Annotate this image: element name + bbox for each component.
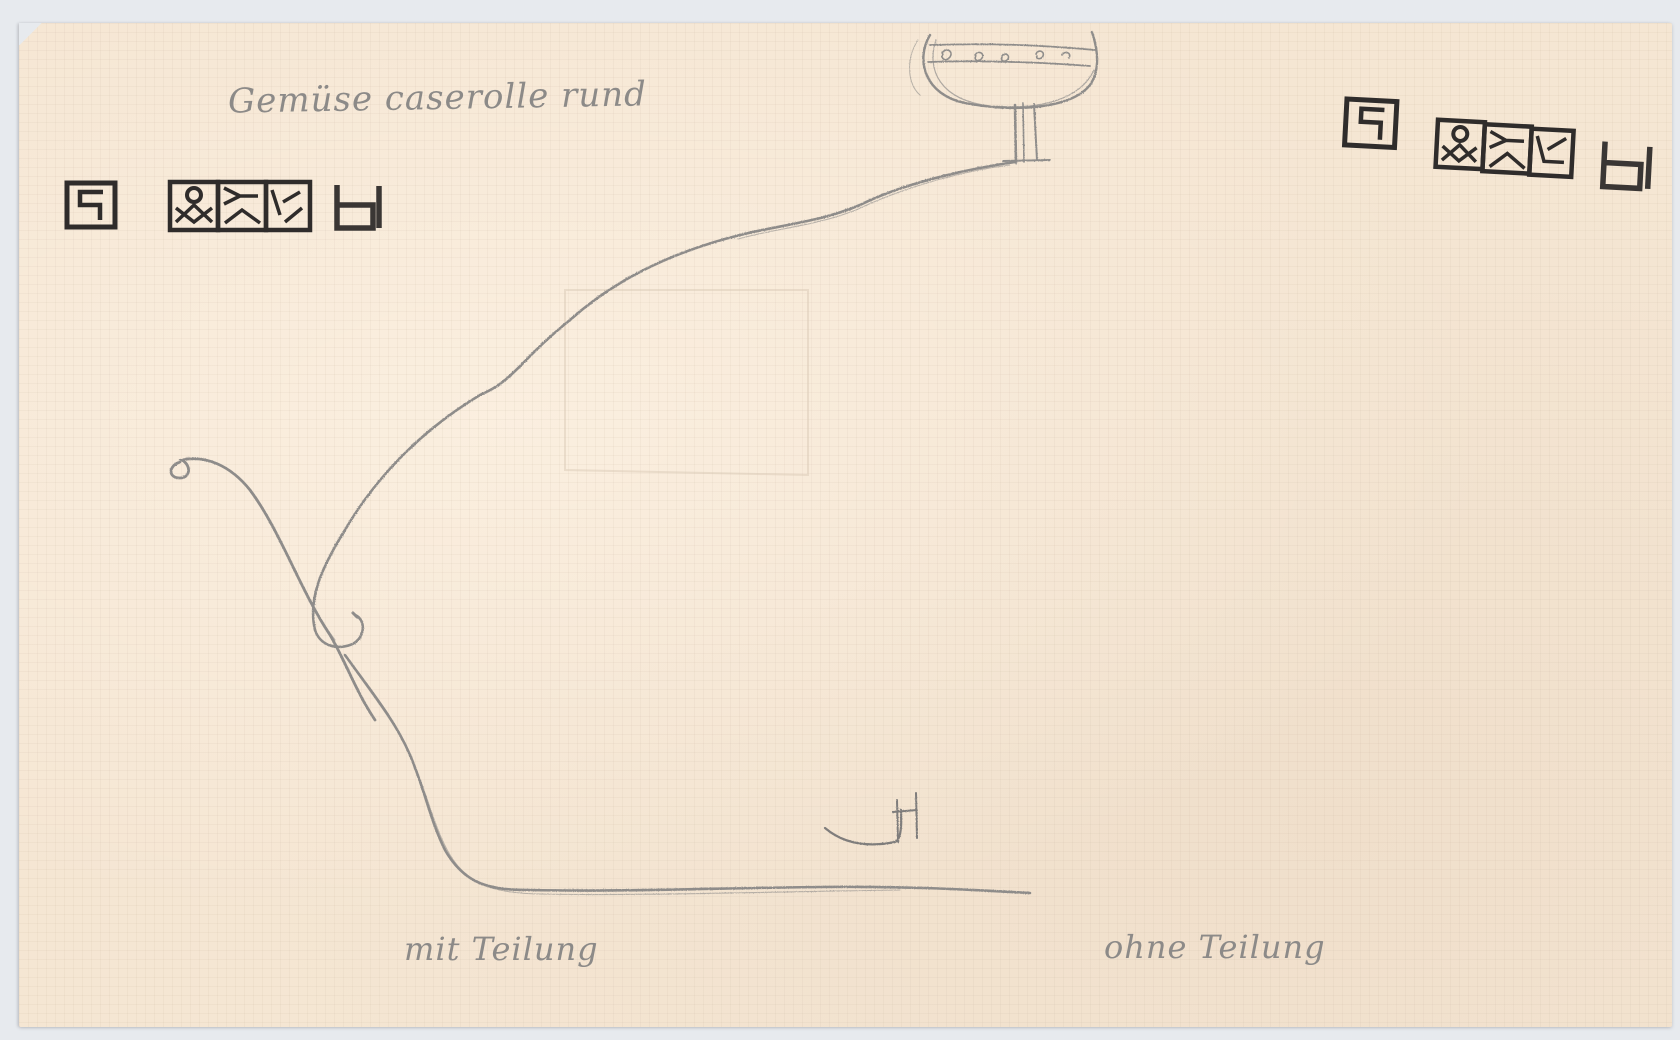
goblet-sketch-icon [910,32,1097,163]
jh-monogram-stamp-icon [337,185,379,228]
label-with-division: mit Teilung [404,930,599,968]
label-without-division: ohne Teilung [1104,928,1326,966]
square-s-stamp-icon [1345,99,1397,148]
monogram-signature-icon [825,793,917,844]
title-annotation: Gemüse caserolle rund [228,74,648,121]
square-s-stamp-icon [67,183,115,227]
ww-monogram-stamp-icon [1435,120,1573,177]
jh-monogram-stamp-icon [1603,142,1650,189]
stamp-group-right [1343,99,1651,189]
serpentine-curve [171,162,1030,895]
pencil-drawing [0,0,1680,1040]
ww-monogram-stamp-icon [170,182,310,230]
ghost-rectangle [565,290,808,475]
stamp-group-left [67,182,379,230]
